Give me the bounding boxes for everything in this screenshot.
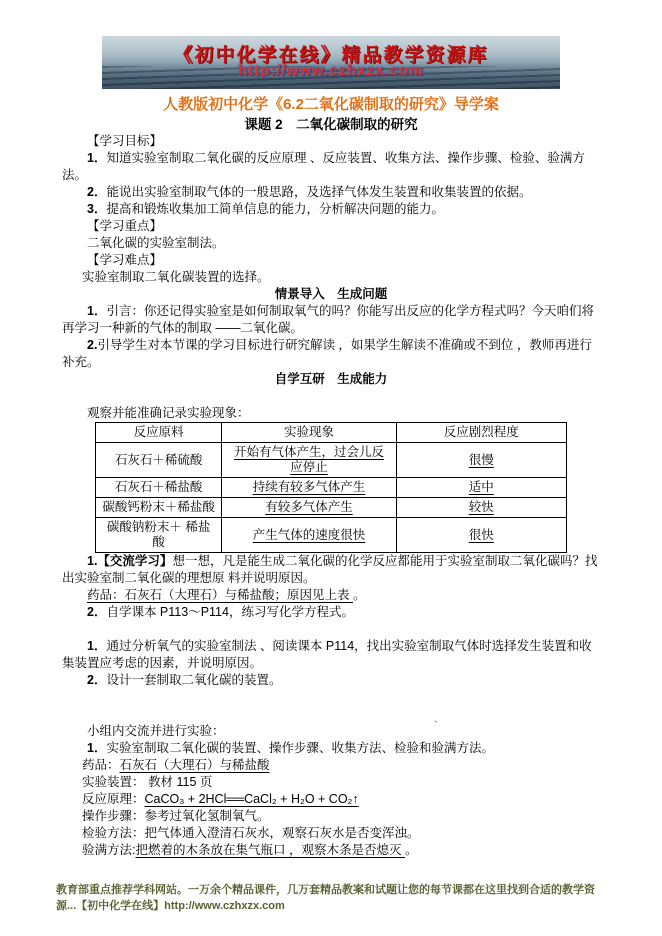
key-point-text: 二氧化碳的实验室制法。 <box>62 235 600 252</box>
col-header-rate: 反应剧烈程度 <box>396 423 566 443</box>
item-number: 2. <box>87 338 97 352</box>
site-banner-url[interactable]: http://www.czhxzx.com <box>102 62 560 79</box>
answer-text: 有较多气体产生 <box>265 500 353 514</box>
field-label: 实验装置： <box>82 775 145 789</box>
drug-answer-line: 药品：石灰石（大理石）与稀盐酸；原因见上表 。 <box>62 587 600 604</box>
document-page: 《初中化学在线》精品教学资源库 http://www.czhxzx.com 人教… <box>0 0 662 936</box>
item-text: 引导学生对本节课的学习目标进行研究解读 ，如果学生解读不准确或不到位 ，教师再进… <box>62 338 592 369</box>
steps-line: 操作步骤：参考过氧化氢制氧气。 <box>62 808 600 825</box>
field-label: 反应原理： <box>82 792 145 806</box>
item-number: 2． <box>87 185 106 199</box>
blank-line <box>62 621 600 638</box>
full-check-line: 验满方法:把燃着的木条放在集气瓶口 ，观察木条是否熄灭 。 <box>62 842 600 859</box>
punctuation: 。 <box>405 843 418 857</box>
test-line: 检验方法：把气体通入澄清石灰水，观察石灰水是否变浑浊。 <box>62 825 600 842</box>
answer-text: 较快 <box>469 500 494 514</box>
device-line: 实验装置： 教材 115 页 <box>62 774 600 791</box>
item-text: 自学课本 P113～P114，练习写化学方程式。 <box>106 605 354 619</box>
item-number: 1． <box>87 151 106 165</box>
answer-text: 持续有较多气体产生 <box>253 480 366 494</box>
site-banner: 《初中化学在线》精品教学资源库 http://www.czhxzx.com <box>102 36 560 89</box>
item-number: 2． <box>87 673 106 687</box>
item-text: 知道实验室制取二氧化碳的反应原理 、反应装置、收集方法、操作步骤、检验、验满方法… <box>62 151 585 182</box>
item-text: 设计一套制取二氧化碳的装置。 <box>106 673 281 687</box>
answer-text: 产生气体的速度很快 <box>253 528 366 542</box>
answer-text: 很慢 <box>469 453 494 467</box>
cell-material: 石灰石＋稀硫酸 <box>96 443 222 478</box>
table-row: 碳酸钙粉末＋稀盐酸 有较多气体产生 较快 <box>96 498 567 518</box>
goal-item: 1．知道实验室制取二氧化碳的反应原理 、反应装置、收集方法、操作步骤、检验、验满… <box>62 150 600 184</box>
answer-text: 开始有气体产生，过会儿反应停止 <box>234 445 384 474</box>
scenario-item: 2.引导学生对本节课的学习目标进行研究解读 ，如果学生解读不准确或不到位 ，教师… <box>62 337 600 371</box>
cell-phenomenon: 持续有较多气体产生 <box>222 478 396 498</box>
section-heading-scenario: 情景导入 生成问题 <box>62 286 600 303</box>
cell-material: 石灰石＋稀盐酸 <box>96 478 222 498</box>
item-text: 能说出实验室制取气体的一般思路，及选择气体发生装置和收集装置的依据。 <box>106 185 531 199</box>
blank-line <box>62 388 600 405</box>
answer-text: 适中 <box>469 480 494 494</box>
field-label: 检验方法： <box>82 826 145 840</box>
communication-item: 2．设计一套制取二氧化碳的装置。 <box>62 672 600 689</box>
stray-mark: ` <box>434 720 438 732</box>
communication-item: 1.【交流学习】想一想，凡是能生成二氧化碳的化学反应都能用于实验室制取二氧化碳吗… <box>62 553 600 587</box>
groupwork-intro: 小组内交流并进行实验： <box>62 723 600 740</box>
cell-rate: 很慢 <box>396 443 566 478</box>
field-label: 药品： <box>82 758 120 772</box>
item-number: 1． <box>87 639 106 653</box>
answer-text: 很快 <box>469 528 494 542</box>
footer-text[interactable]: 教育部重点推荐学科网站。一万余个精品课件，几万套精品教案和试题让您的每节课都在这… <box>56 884 595 912</box>
cell-rate: 较快 <box>396 498 566 518</box>
item-number: 1． <box>87 741 106 755</box>
cell-material: 碳酸钙粉末＋稀盐酸 <box>96 498 222 518</box>
difficulty-text: 实验室制取二氧化碳装置的选择。 <box>62 269 600 286</box>
field-value: 教材 115 页 <box>145 775 213 789</box>
item-number: 1． <box>87 304 106 318</box>
table-row: 石灰石＋稀盐酸 持续有较多气体产生 适中 <box>96 478 567 498</box>
answer-text: 石灰石（大理石）与稀盐酸 <box>120 758 270 772</box>
field-value: 参考过氧化氢制氧气。 <box>145 809 270 823</box>
lesson-title: 课题 2 二氧化碳制取的研究 <box>0 113 662 133</box>
chemical-equation: CaCO₃ + 2HCl══CaCl₂ + H₂O + CO₂↑ <box>145 792 359 806</box>
communication-item: 2．自学课本 P113～P114，练习写化学方程式。 <box>62 604 600 621</box>
item-text: 提高和锻炼收集加工简单信息的能力，分析解决问题的能力。 <box>106 202 444 216</box>
blank-line <box>62 706 600 723</box>
punctuation: 。 <box>353 588 366 602</box>
cell-phenomenon: 有较多气体产生 <box>222 498 396 518</box>
goal-item: 2．能说出实验室制取气体的一般思路，及选择气体发生装置和收集装置的依据。 <box>62 184 600 201</box>
cell-phenomenon: 产生气体的速度很快 <box>222 518 396 553</box>
answer-text: 把燃着的木条放在集气瓶口 ，观察木条是否熄灭 <box>135 843 404 857</box>
drug-line: 药品：石灰石（大理石）与稀盐酸 <box>62 757 600 774</box>
item-number: 1.【交流学习】 <box>87 554 172 568</box>
document-title: 人教版初中化学《6.2二氧化碳制取的研究》导学案 <box>0 93 662 114</box>
col-header-phenomenon: 实验现象 <box>222 423 396 443</box>
communication-item: 1．通过分析氧气的实验室制法 、阅读课本 P114，找出实验室制取气体时选择发生… <box>62 638 600 672</box>
field-value: 把气体通入澄清石灰水，观察石灰水是否变浑浊。 <box>145 826 420 840</box>
item-text: 实验室制取二氧化碳的装置、操作步骤、收集方法、检验和验满方法。 <box>106 741 494 755</box>
document-body: 【学习目标】 1．知道实验室制取二氧化碳的反应原理 、反应装置、收集方法、操作步… <box>0 133 662 859</box>
page-footer: 教育部重点推荐学科网站。一万余个精品课件，几万套精品教案和试题让您的每节课都在这… <box>0 882 662 914</box>
goal-item: 3．提高和锻炼收集加工简单信息的能力，分析解决问题的能力。 <box>62 201 600 218</box>
table-header-row: 反应原料 实验现象 反应剧烈程度 <box>96 423 567 443</box>
groupwork-item: 1．实验室制取二氧化碳的装置、操作步骤、收集方法、检验和验满方法。 <box>62 740 600 757</box>
item-text: 引言：你还记得实验室是如何制取氧气的吗？你能写出反应的化学方程式吗？今天咱们将再… <box>62 304 594 335</box>
col-header-material: 反应原料 <box>96 423 222 443</box>
cell-material: 碳酸钠粉末＋ 稀盐酸 <box>96 518 222 553</box>
table-row: 石灰石＋稀硫酸 开始有气体产生，过会儿反应停止 很慢 <box>96 443 567 478</box>
section-heading-selfstudy: 自学互研 生成能力 <box>62 371 600 388</box>
principle-line: 反应原理：CaCO₃ + 2HCl══CaCl₂ + H₂O + CO₂↑ <box>62 791 600 808</box>
field-label: 操作步骤： <box>82 809 145 823</box>
cell-phenomenon: 开始有气体产生，过会儿反应停止 <box>222 443 396 478</box>
difficulty-heading: 【学习难点】 <box>62 252 600 269</box>
item-number: 3． <box>87 202 106 216</box>
observe-label: 观察并能准确记录实验现象： <box>62 405 600 422</box>
cell-rate: 适中 <box>396 478 566 498</box>
key-point-heading: 【学习重点】 <box>62 218 600 235</box>
item-text: 通过分析氧气的实验室制法 、阅读课本 P114，找出实验室制取气体时选择发生装置… <box>62 639 592 670</box>
cell-rate: 很快 <box>396 518 566 553</box>
table-row: 碳酸钠粉末＋ 稀盐酸 产生气体的速度很快 很快 <box>96 518 567 553</box>
blank-line <box>62 689 600 706</box>
answer-text: 药品：石灰石（大理石）与稀盐酸；原因见上表 <box>87 588 353 602</box>
item-number: 2． <box>87 605 106 619</box>
experiment-observation-table: 反应原料 实验现象 反应剧烈程度 石灰石＋稀硫酸 开始有气体产生，过会儿反应停止… <box>95 422 567 553</box>
field-label: 验满方法: <box>82 843 135 857</box>
goals-heading: 【学习目标】 <box>62 133 600 150</box>
scenario-item: 1．引言：你还记得实验室是如何制取氧气的吗？你能写出反应的化学方程式吗？今天咱们… <box>62 303 600 337</box>
